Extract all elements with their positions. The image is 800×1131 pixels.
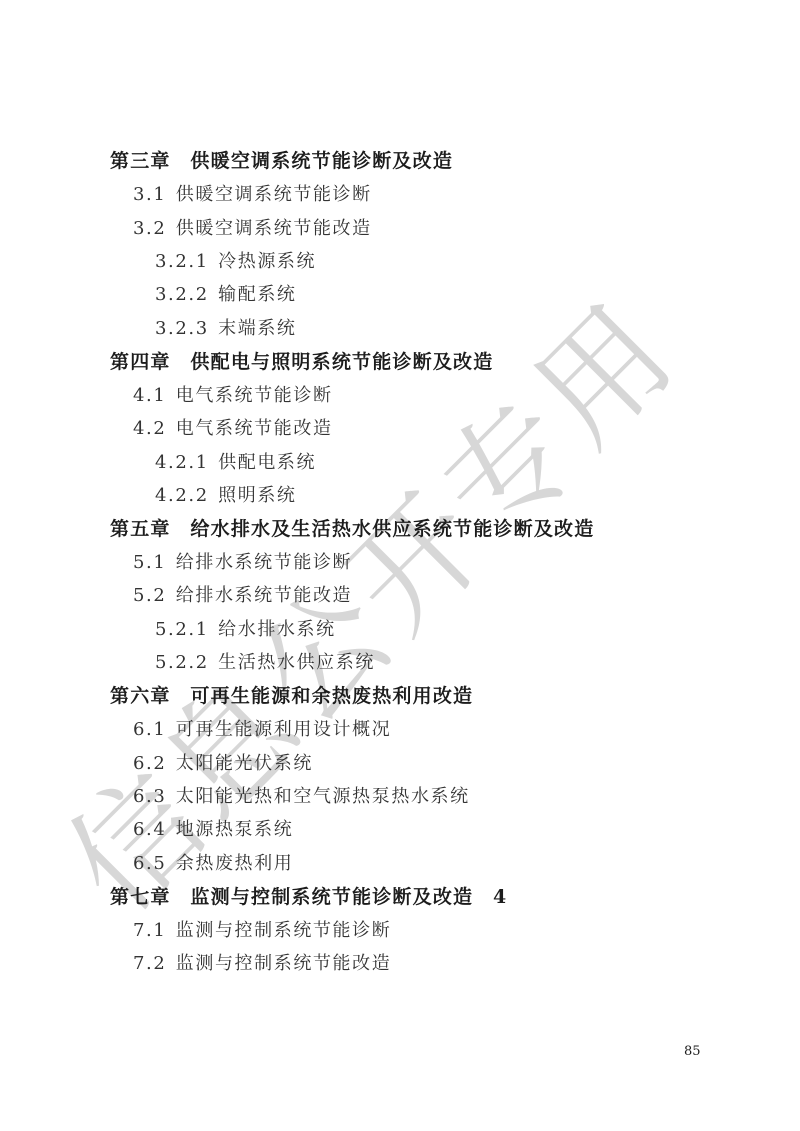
toc-section-entry: 4.2.1 供配电系统	[110, 444, 710, 477]
toc-section-entry: 3.1 供暖空调系统节能诊断	[110, 176, 710, 209]
toc-chapter-entry: 第五章 给水排水及生活热水供应系统节能诊断及改造	[110, 511, 710, 544]
toc-list: 第三章 供暖空调系统节能诊断及改造3.1 供暖空调系统节能诊断3.2 供暖空调系…	[110, 143, 710, 979]
toc-section-entry: 6.3 太阳能光热和空气源热泵热水系统	[110, 778, 710, 811]
toc-section-entry: 6.2 太阳能光伏系统	[110, 745, 710, 778]
toc-chapter-entry: 第四章 供配电与照明系统节能诊断及改造	[110, 344, 710, 377]
toc-chapter-entry: 第七章 监测与控制系统节能诊断及改造 4	[110, 879, 710, 912]
toc-section-entry: 7.2 监测与控制系统节能改造	[110, 946, 710, 979]
toc-section-entry: 5.2 给排水系统节能改造	[110, 578, 710, 611]
toc-section-entry: 4.1 电气系统节能诊断	[110, 377, 710, 410]
toc-section-entry: 3.2.1 冷热源系统	[110, 243, 710, 276]
page-number: 85	[684, 1044, 701, 1059]
toc-section-entry: 3.2.2 输配系统	[110, 277, 710, 310]
toc-section-entry: 4.2.2 照明系统	[110, 477, 710, 510]
toc-section-entry: 5.2.1 给水排水系统	[110, 611, 710, 644]
toc-chapter-entry: 第六章 可再生能源和余热废热利用改造	[110, 678, 710, 711]
toc-section-entry: 3.2.3 末端系统	[110, 310, 710, 343]
toc-section-entry: 6.5 余热废热利用	[110, 845, 710, 878]
toc-section-entry: 5.2.2 生活热水供应系统	[110, 645, 710, 678]
toc-section-entry: 3.2 供暖空调系统节能改造	[110, 210, 710, 243]
toc-chapter-entry: 第三章 供暖空调系统节能诊断及改造	[110, 143, 710, 176]
toc-section-entry: 5.1 给排水系统节能诊断	[110, 544, 710, 577]
toc-section-entry: 6.4 地源热泵系统	[110, 812, 710, 845]
toc-section-entry: 4.2 电气系统节能改造	[110, 411, 710, 444]
toc-section-entry: 7.1 监测与控制系统节能诊断	[110, 912, 710, 945]
document-page: 信息公开专用 第三章 供暖空调系统节能诊断及改造3.1 供暖空调系统节能诊断3.…	[0, 0, 800, 1131]
toc-section-entry: 6.1 可再生能源利用设计概况	[110, 711, 710, 744]
